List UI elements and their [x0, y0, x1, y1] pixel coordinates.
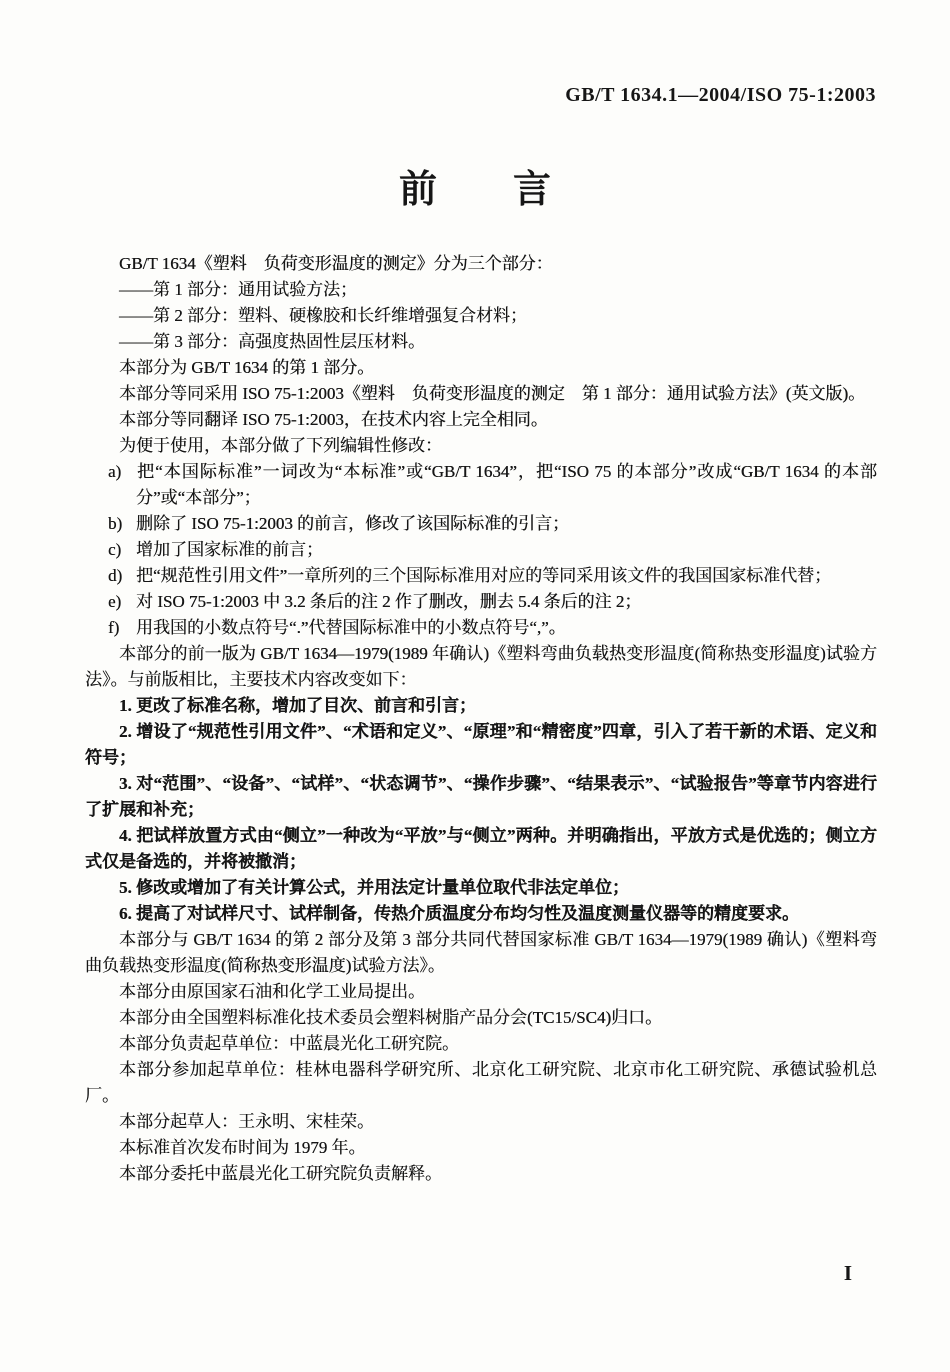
edit-item-e: e)对 ISO 75-1:2003 中 3.2 条后的注 2 作了删改，删去 5…	[85, 589, 877, 615]
change-item-1: 1. 更改了标准名称，增加了目次、前言和引言；	[85, 693, 877, 719]
paragraph-participating-orgs: 本部分参加起草单位：桂林电器科学研究所、北京化工研究院、北京市化工研究院、承德试…	[85, 1057, 877, 1109]
paragraph-first-issued: 本标准首次发布时间为 1979 年。	[85, 1135, 877, 1161]
preface-body: GB/T 1634《塑料 负荷变形温度的测定》分为三个部分： ——第 1 部分：…	[85, 251, 877, 1187]
paragraph-chief-drafting-org: 本部分负责起草单位：中蓝晨光化工研究院。	[85, 1031, 877, 1057]
paragraph-previous-edition: 本部分的前一版为 GB/T 1634—1979(1989 年确认)《塑料弯曲负载…	[85, 641, 877, 693]
edit-item-d: d)把“规范性引用文件”一章所列的三个国际标准用对应的等同采用该文件的我国国家标…	[85, 563, 877, 589]
item-marker: b)	[108, 511, 136, 537]
edit-item-b: b)删除了 ISO 75-1:2003 的前言，修改了该国际标准的引言；	[85, 511, 877, 537]
paragraph-under-jurisdiction: 本部分由全国塑料标准化技术委员会塑料树脂产品分会(TC15/SC4)归口。	[85, 1005, 877, 1031]
change-item-4: 4. 把试样放置方式由“侧立”一种改为“平放”与“侧立”两种。并明确指出，平放方…	[85, 823, 877, 875]
page-title: 前 言	[0, 158, 950, 213]
item-text: 把“本国际标准”一词改为“本标准”或“GB/T 1634”，把“ISO 75 的…	[136, 462, 877, 507]
change-item-3: 3. 对“范围”、“设备”、“试样”、“状态调节”、“操作步骤”、“结果表示”、…	[85, 771, 877, 823]
intro-paragraph: GB/T 1634《塑料 负荷变形温度的测定》分为三个部分：	[85, 251, 877, 277]
item-text: 用我国的小数点符号“.”代替国际标准中的小数点符号“,”。	[136, 618, 566, 637]
item-text: 增加了国家标准的前言；	[136, 540, 323, 559]
item-marker: e)	[108, 589, 136, 615]
paragraph-interpretation: 本部分委托中蓝晨光化工研究院负责解释。	[85, 1161, 877, 1187]
paragraph-translation: 本部分等同翻译 ISO 75-1:2003，在技术内容上完全相同。	[85, 407, 877, 433]
page-number: I	[844, 1261, 852, 1286]
item-text: 把“规范性引用文件”一章所列的三个国际标准用对应的等同采用该文件的我国国家标准代…	[136, 566, 831, 585]
paragraph-edits-intro: 为便于使用，本部分做了下列编辑性修改：	[85, 433, 877, 459]
paragraph-part-of: 本部分为 GB/T 1634 的第 1 部分。	[85, 355, 877, 381]
change-item-5: 5. 修改或增加了有关计算公式，并用法定计量单位取代非法定单位；	[85, 875, 877, 901]
item-marker: a)	[108, 459, 136, 485]
edit-item-a: a)把“本国际标准”一词改为“本标准”或“GB/T 1634”，把“ISO 75…	[85, 459, 877, 511]
standard-number: GB/T 1634.1—2004/ISO 75-1:2003	[565, 84, 876, 107]
paragraph-adoption: 本部分等同采用 ISO 75-1:2003《塑料 负荷变形温度的测定 第 1 部…	[85, 381, 877, 407]
part-list-item-1: ——第 1 部分：通用试验方法；	[85, 277, 877, 303]
item-text: 对 ISO 75-1:2003 中 3.2 条后的注 2 作了删改，删去 5.4…	[136, 592, 641, 611]
item-marker: d)	[108, 563, 136, 589]
change-item-2: 2. 增设了“规范性引用文件”、“术语和定义”、“原理”和“精密度”四章，引入了…	[85, 719, 877, 771]
item-marker: c)	[108, 537, 136, 563]
paragraph-replaces: 本部分与 GB/T 1634 的第 2 部分及第 3 部分共同代替国家标准 GB…	[85, 927, 877, 979]
item-text: 删除了 ISO 75-1:2003 的前言，修改了该国际标准的引言；	[136, 514, 569, 533]
paragraph-proposed-by: 本部分由原国家石油和化学工业局提出。	[85, 979, 877, 1005]
document-page: GB/T 1634.1—2004/ISO 75-1:2003 前 言 GB/T …	[0, 0, 950, 1372]
part-list-item-3: ——第 3 部分：高强度热固性层压材料。	[85, 329, 877, 355]
paragraph-drafters: 本部分起草人：王永明、宋桂荣。	[85, 1109, 877, 1135]
part-list-item-2: ——第 2 部分：塑料、硬橡胶和长纤维增强复合材料；	[85, 303, 877, 329]
item-marker: f)	[108, 615, 136, 641]
change-item-6: 6. 提高了对试样尺寸、试样制备，传热介质温度分布均匀性及温度测量仪器等的精度要…	[85, 901, 877, 927]
edit-item-f: f)用我国的小数点符号“.”代替国际标准中的小数点符号“,”。	[85, 615, 877, 641]
edit-item-c: c)增加了国家标准的前言；	[85, 537, 877, 563]
